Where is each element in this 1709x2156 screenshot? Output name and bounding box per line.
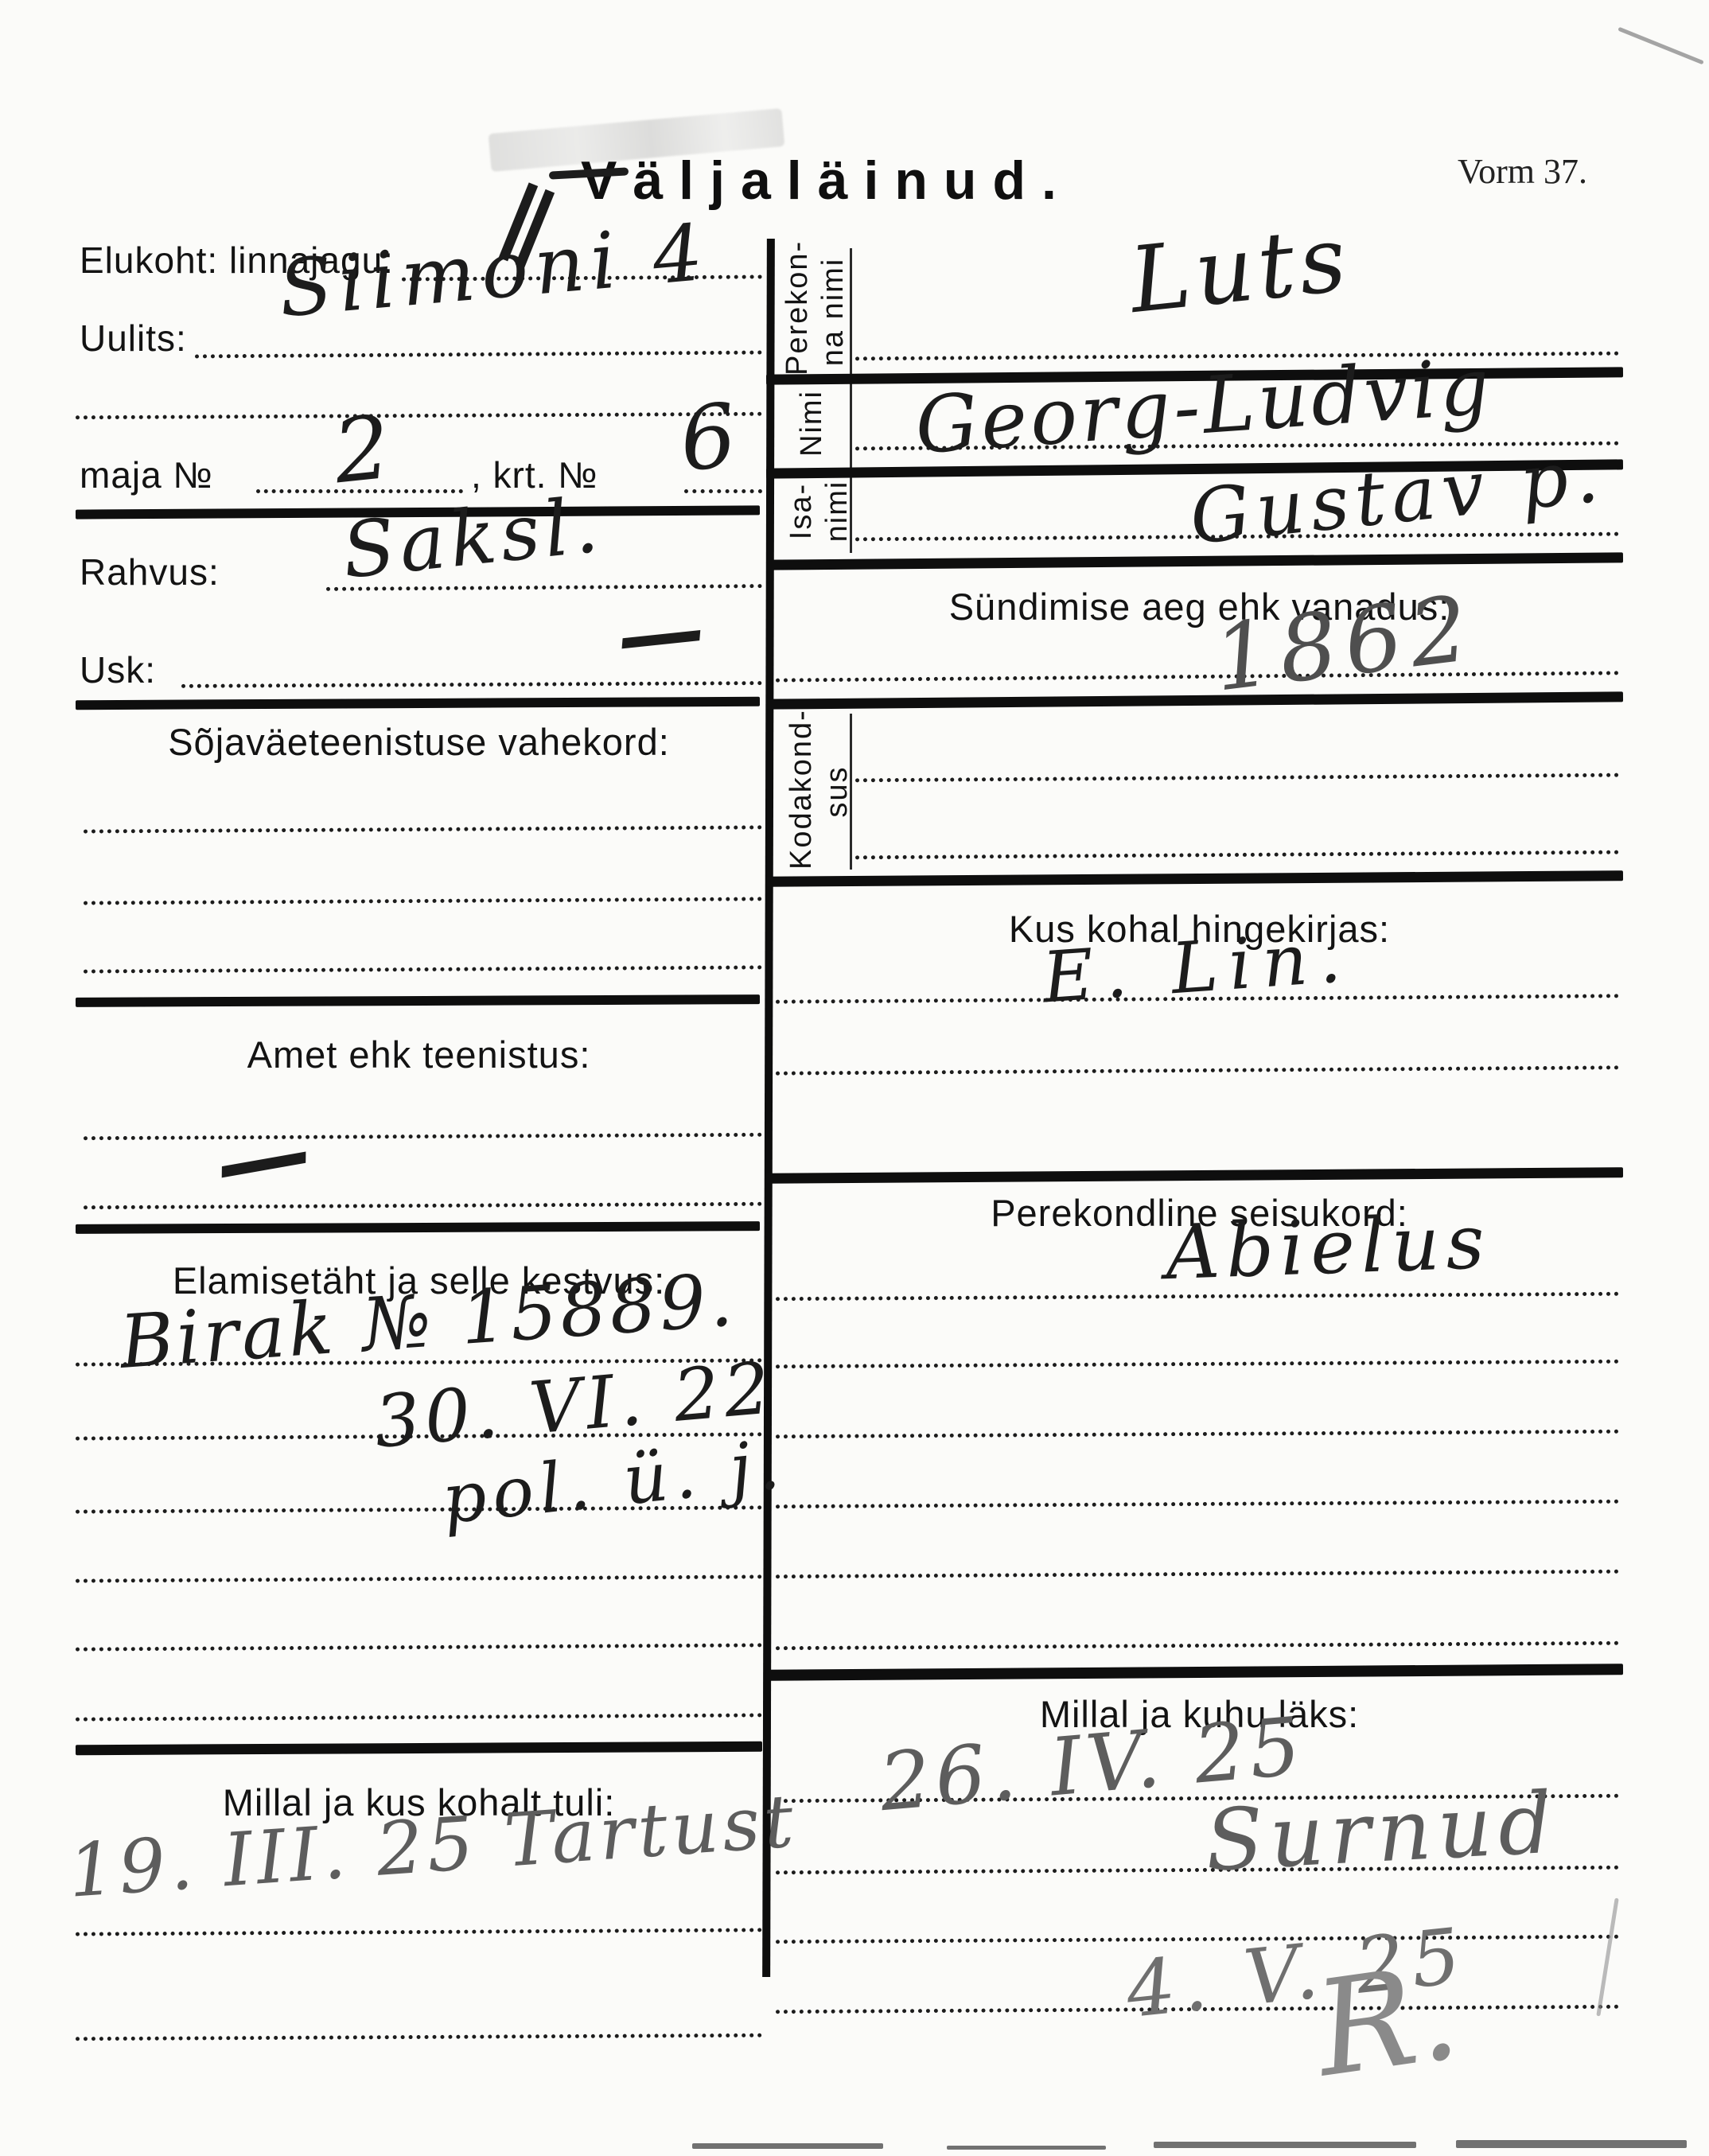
laks-status-handwriting: Surnud [1204,1780,1561,1883]
usk-label: Usk: [80,648,156,691]
dotted-line [776,1430,1619,1438]
amet-entry-dash: — [207,1102,317,1212]
kodakondsus-label: Kodakond- sus [784,714,855,870]
rahvus-label: Rahvus: [80,551,220,593]
street-entry-handwriting: Siimoni 4 [276,214,712,329]
dotted-line [195,351,762,359]
dotted-line [84,897,762,905]
isanimi-entry-handwriting: Gustav p. [1187,438,1609,556]
scan-edge-mark [947,2146,1106,2150]
dotted-line [776,1065,1619,1075]
hingekirjas-entry-handwriting: E. Lin. [1040,922,1354,1014]
dotted-line [776,1500,1619,1508]
pencil-stray-stroke [1596,1898,1618,2017]
dotted-line [76,412,762,420]
perekonnanimi-label: Perekon- na nimi [780,248,851,376]
usk-entry-dash: — [613,585,709,681]
sojavae-heading: Sõjaväeteenistuse vahekord: [76,720,762,764]
scanned-form-page: Väljaläinud. Vorm 37. ∥ Elukoht: linnaja… [0,0,1709,2156]
sundimise-entry-handwriting: 1862 [1209,582,1481,704]
maja-label: maja № [80,453,213,496]
thick-rule [76,1221,760,1234]
dotted-line [776,671,1619,682]
dotted-line [855,850,1619,860]
rahvus-entry-handwriting: Saksl. [339,486,606,590]
sundimise-heading: Sündimise aeg ehk vanadus: [776,585,1623,629]
dotted-line [84,965,762,973]
page-title: Väljaläinud. [581,150,1073,212]
thick-rule [766,1167,1623,1184]
form-number: Vorm 37. [1458,151,1587,192]
nimi-label: Nimi [794,387,830,460]
dotted-line [76,1643,762,1651]
scan-edge-mark [692,2143,883,2149]
pencil-corner-stroke [1618,27,1703,65]
thick-rule [76,994,760,1007]
uulits-label: Uulits: [80,317,187,360]
dotted-line [84,1133,762,1140]
dotted-line [855,773,1619,783]
scan-edge-mark [1154,2142,1416,2148]
dotted-line [76,2033,762,2041]
thick-rule [766,691,1623,709]
dotted-line [76,1713,762,1721]
dotted-line [776,1641,1619,1650]
scan-edge-mark [1456,2140,1687,2148]
center-divider [762,239,775,1977]
seisukord-entry-handwriting: Abielus [1164,1205,1492,1291]
krt-entry-handwriting: 6 [675,391,740,485]
thick-rule [766,1664,1623,1681]
signature-handwriting: R. [1308,1947,1466,2096]
nimi-entry-handwriting: Georg-Ludvig [913,348,1494,465]
isanimi-label: Isa- nimi [784,471,855,551]
amet-heading: Amet ehk teenistus: [76,1033,762,1076]
thick-rule [76,1742,762,1756]
maja-entry-handwriting: 2 [329,403,394,496]
dotted-line [776,1360,1619,1368]
dotted-line [84,825,762,833]
dotted-line [776,1570,1619,1578]
dotted-line [76,1574,762,1582]
dotted-line [76,1928,762,1936]
thick-rule [76,697,760,710]
dotted-line [84,1202,762,1209]
perekonnanimi-entry-handwriting: Luts [1126,213,1355,326]
thick-rule [766,870,1623,887]
